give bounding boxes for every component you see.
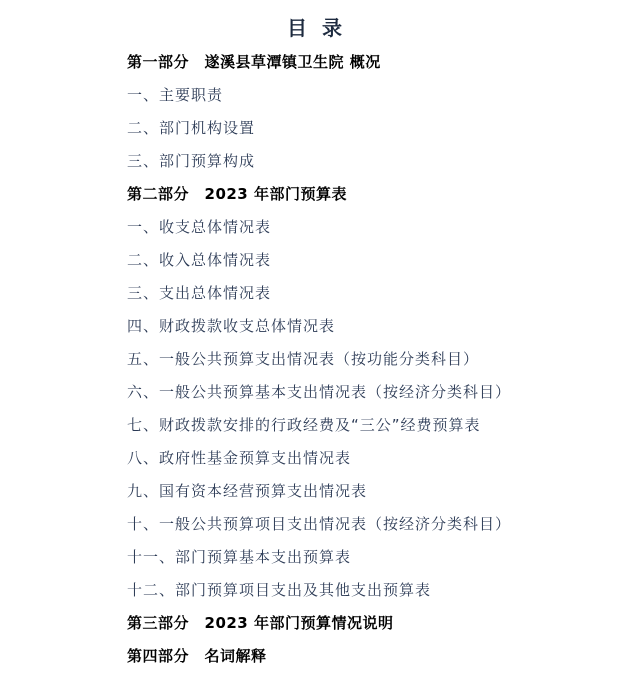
toc-item: 十一、部门预算基本支出预算表 — [127, 547, 593, 567]
document-page: 目 录 第一部分 遂溪县草潭镇卫生院 概况一、主要职责二、部门机构设置三、部门预… — [0, 0, 633, 696]
toc-item: 一、收支总体情况表 — [127, 217, 593, 237]
toc-item: 五、一般公共预算支出情况表（按功能分类科目） — [127, 349, 593, 369]
page-title: 目 录 — [0, 14, 633, 42]
toc-item: 二、收入总体情况表 — [127, 250, 593, 270]
toc-item: 三、支出总体情况表 — [127, 283, 593, 303]
toc-item: 四、财政拨款收支总体情况表 — [127, 316, 593, 336]
toc-section-heading: 第三部分 2023 年部门预算情况说明 — [127, 613, 593, 633]
toc-item: 六、一般公共预算基本支出情况表（按经济分类科目） — [127, 382, 593, 402]
toc-section-heading: 第四部分 名词解释 — [127, 646, 593, 666]
toc-item: 三、部门预算构成 — [127, 151, 593, 171]
toc-section-heading: 第一部分 遂溪县草潭镇卫生院 概况 — [127, 52, 593, 72]
toc-item: 十、一般公共预算项目支出情况表（按经济分类科目） — [127, 514, 593, 534]
toc-item: 一、主要职责 — [127, 85, 593, 105]
toc-item: 七、财政拨款安排的行政经费及“三公”经费预算表 — [127, 415, 593, 435]
toc-item: 八、政府性基金预算支出情况表 — [127, 448, 593, 468]
toc-list: 第一部分 遂溪县草潭镇卫生院 概况一、主要职责二、部门机构设置三、部门预算构成第… — [0, 52, 633, 666]
toc-section-heading: 第二部分 2023 年部门预算表 — [127, 184, 593, 204]
toc-item: 十二、部门预算项目支出及其他支出预算表 — [127, 580, 593, 600]
toc-item: 二、部门机构设置 — [127, 118, 593, 138]
toc-item: 九、国有资本经营预算支出情况表 — [127, 481, 593, 501]
